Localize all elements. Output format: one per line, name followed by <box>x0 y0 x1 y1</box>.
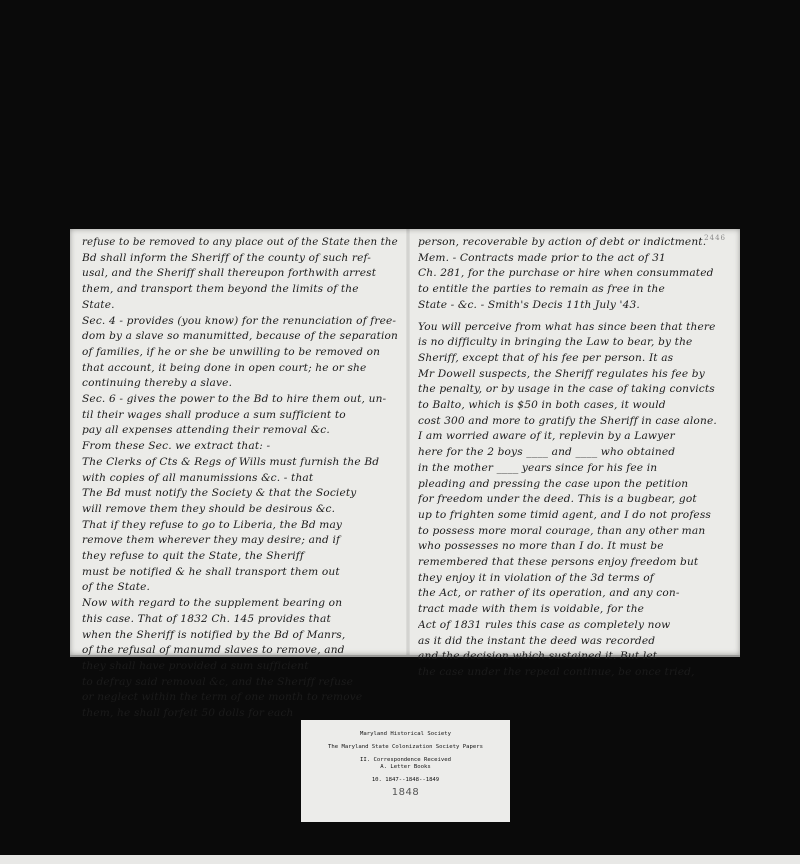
label-subseries: A. Letter Books <box>301 764 510 770</box>
label-collection: The Maryland State Colonization Society … <box>301 744 510 750</box>
manuscript-line: this case. That of 1832 Ch. 145 provides… <box>82 612 398 628</box>
manuscript-line: to defray said removal &c, and the Sheri… <box>82 675 398 691</box>
manuscript-line: to possess more moral courage, than any … <box>418 524 730 540</box>
manuscript-line: pleading and pressing the case upon the … <box>418 477 730 493</box>
manuscript-line: in the mother ____ years since for his f… <box>418 461 730 477</box>
manuscript-line: pay all expenses attending their removal… <box>82 423 398 439</box>
manuscript-line: tract made with them is voidable, for th… <box>418 602 730 618</box>
manuscript-line: You will perceive from what has since be… <box>418 320 730 336</box>
page-number-mark: 2446 <box>704 231 726 247</box>
manuscript-line: remove them wherever they may desire; an… <box>82 533 398 549</box>
manuscript-line: person, recoverable by action of debt or… <box>418 235 730 251</box>
manuscript-line: as it did the instant the deed was recor… <box>418 634 730 650</box>
manuscript-line: dom by a slave so manumitted, because of… <box>82 329 398 345</box>
left-page: refuse to be removed to any place out of… <box>70 229 408 655</box>
label-series: II. Correspondence Received <box>301 757 510 763</box>
manuscript-line: The Bd must notify the Society & that th… <box>82 486 398 502</box>
manuscript-line: for freedom under the deed. This is a bu… <box>418 492 730 508</box>
manuscript-line: they refuse to quit the State, the Sheri… <box>82 549 398 565</box>
manuscript-line: Sec. 4 - provides (you know) for the ren… <box>82 314 398 330</box>
manuscript-line: who possesses no more than I do. It must… <box>418 539 730 555</box>
manuscript-line: til their wages shall produce a sum suff… <box>82 408 398 424</box>
manuscript-line: to Balto, which is $50 in both cases, it… <box>418 398 730 414</box>
manuscript-line: the Act, or rather of its operation, and… <box>418 586 730 602</box>
manuscript-line: the penalty, or by usage in the case of … <box>418 382 730 398</box>
manuscript-line: Sec. 6 - gives the power to the Bd to hi… <box>82 392 398 408</box>
manuscript-line: or neglect within the term of one month … <box>82 690 398 706</box>
manuscript-line: to entitle the parties to remain as free… <box>418 282 730 298</box>
manuscript-line: here for the 2 boys ____ and ____ who ob… <box>418 445 730 461</box>
manuscript-line: That if they refuse to go to Liberia, th… <box>82 518 398 534</box>
label-year-stamp: 1848 <box>301 787 510 798</box>
manuscript-line: usal, and the Sheriff shall thereupon fo… <box>82 266 398 282</box>
manuscript-line: Mr Dowell suspects, the Sheriff regulate… <box>418 367 730 383</box>
manuscript-line: refuse to be removed to any place out of… <box>82 235 398 251</box>
manuscript-line: that account, it being done in open cour… <box>82 361 398 377</box>
manuscript-line: will remove them they should be desirous… <box>82 502 398 518</box>
manuscript-line: with copies of all manumissions &c. - th… <box>82 471 398 487</box>
manuscript-line: Sheriff, except that of his fee per pers… <box>418 351 730 367</box>
manuscript-line: cost 300 and more to gratify the Sheriff… <box>418 414 730 430</box>
manuscript-line: I am worried aware of it, replevin by a … <box>418 429 730 445</box>
manuscript-line: of the refusal of manumd slaves to remov… <box>82 643 398 659</box>
right-page: 2446 person, recoverable by action of de… <box>408 229 740 655</box>
manuscript-line: up to frighten some timid agent, and I d… <box>418 508 730 524</box>
label-volume: 10. 1847--1848--1849 <box>301 777 510 783</box>
manuscript-line: them, and transport them beyond the limi… <box>82 282 398 298</box>
manuscript-line: continuing thereby a slave. <box>82 376 398 392</box>
manuscript-line: Act of 1831 rules this case as completel… <box>418 618 730 634</box>
manuscript-line: they enjoy it in violation of the 3d ter… <box>418 571 730 587</box>
manuscript-line: and the decision which sustained it. But… <box>418 649 730 665</box>
scan-bottom-strip <box>0 855 800 864</box>
manuscript-line: of families, if he or she be unwilling t… <box>82 345 398 361</box>
label-institution: Maryland Historical Society <box>301 731 510 737</box>
manuscript-page-spread: refuse to be removed to any place out of… <box>70 229 740 657</box>
manuscript-line: when the Sheriff is notified by the Bd o… <box>82 628 398 644</box>
manuscript-line: From these Sec. we extract that: - <box>82 439 398 455</box>
manuscript-line: is no difficulty in bringing the Law to … <box>418 335 730 351</box>
manuscript-line: Bd shall inform the Sheriff of the count… <box>82 251 398 267</box>
archive-label-card: Maryland Historical Society The Maryland… <box>301 720 510 822</box>
manuscript-line: State - &c. - Smith's Decis 11th July '4… <box>418 298 730 314</box>
manuscript-line: of the State. <box>82 580 398 596</box>
manuscript-line: the case under the repeal continue, be o… <box>418 665 730 681</box>
manuscript-line: The Clerks of Cts & Regs of Wills must f… <box>82 455 398 471</box>
manuscript-line: Mem. - Contracts made prior to the act o… <box>418 251 730 267</box>
manuscript-line: they shall have provided a sum sufficien… <box>82 659 398 675</box>
manuscript-line: State. <box>82 298 398 314</box>
manuscript-line: must be notified & he shall transport th… <box>82 565 398 581</box>
manuscript-line: Ch. 281, for the purchase or hire when c… <box>418 266 730 282</box>
manuscript-line: Now with regard to the supplement bearin… <box>82 596 398 612</box>
manuscript-line: remembered that these persons enjoy free… <box>418 555 730 571</box>
